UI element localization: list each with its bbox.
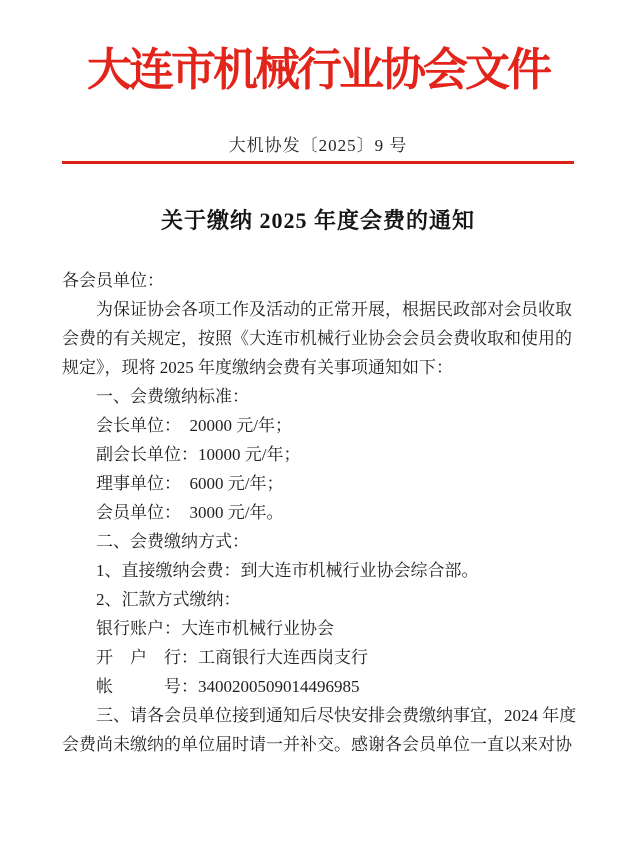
fee-standard-president: 会长单位： 20000 元/年；	[62, 411, 574, 440]
bank-account-number-line: 帐 号：3400200509014496985	[62, 672, 574, 701]
intro-paragraph-line: 为保证协会各项工作及活动的正常开展，根据民政部对会员收取	[62, 295, 574, 324]
section2-heading: 二、会费缴纳方式：	[62, 527, 574, 556]
document-subject-title: 关于缴纳 2025 年度会费的通知	[62, 206, 574, 236]
bank-account-name-line: 银行账户：大连市机械行业协会	[62, 614, 574, 643]
intro-paragraph-line: 会费的有关规定，按照《大连市机械行业协会会员会费收取和使用的	[62, 324, 574, 353]
document-body: 各会员单位： 为保证协会各项工作及活动的正常开展，根据民政部对会员收取 会费的有…	[62, 266, 574, 759]
fee-standard-member: 会员单位： 3000 元/年。	[62, 498, 574, 527]
section3-paragraph-line: 会费尚未缴纳的单位届时请一并补交。感谢各会员单位一直以来对协	[62, 730, 574, 759]
section3-paragraph-line: 三、请各会员单位接到通知后尽快安排会费缴纳事宜，2024 年度	[62, 701, 574, 730]
salutation-line: 各会员单位：	[62, 266, 574, 295]
red-separator-line	[62, 161, 574, 164]
document-number: 大机协发〔2025〕9 号	[62, 134, 574, 158]
section1-heading: 一、会费缴纳标准：	[62, 382, 574, 411]
fee-standard-vice-president: 副会长单位：10000 元/年；	[62, 440, 574, 469]
payment-method-direct-line: 1、直接缴纳会费：到大连市机械行业协会综合部。	[62, 556, 574, 585]
fee-standard-director: 理事单位： 6000 元/年；	[62, 469, 574, 498]
intro-paragraph-line: 规定》，现将 2025 年度缴纳会费有关事项通知如下：	[62, 353, 574, 382]
document-header-title: 大连市机械行业协会文件	[62, 42, 574, 98]
payment-method-remit-line: 2、汇款方式缴纳：	[62, 585, 574, 614]
document-page: 大连市机械行业协会文件 大机协发〔2025〕9 号 关于缴纳 2025 年度会费…	[0, 0, 634, 860]
bank-branch-line: 开 户 行：工商银行大连西岗支行	[62, 643, 574, 672]
